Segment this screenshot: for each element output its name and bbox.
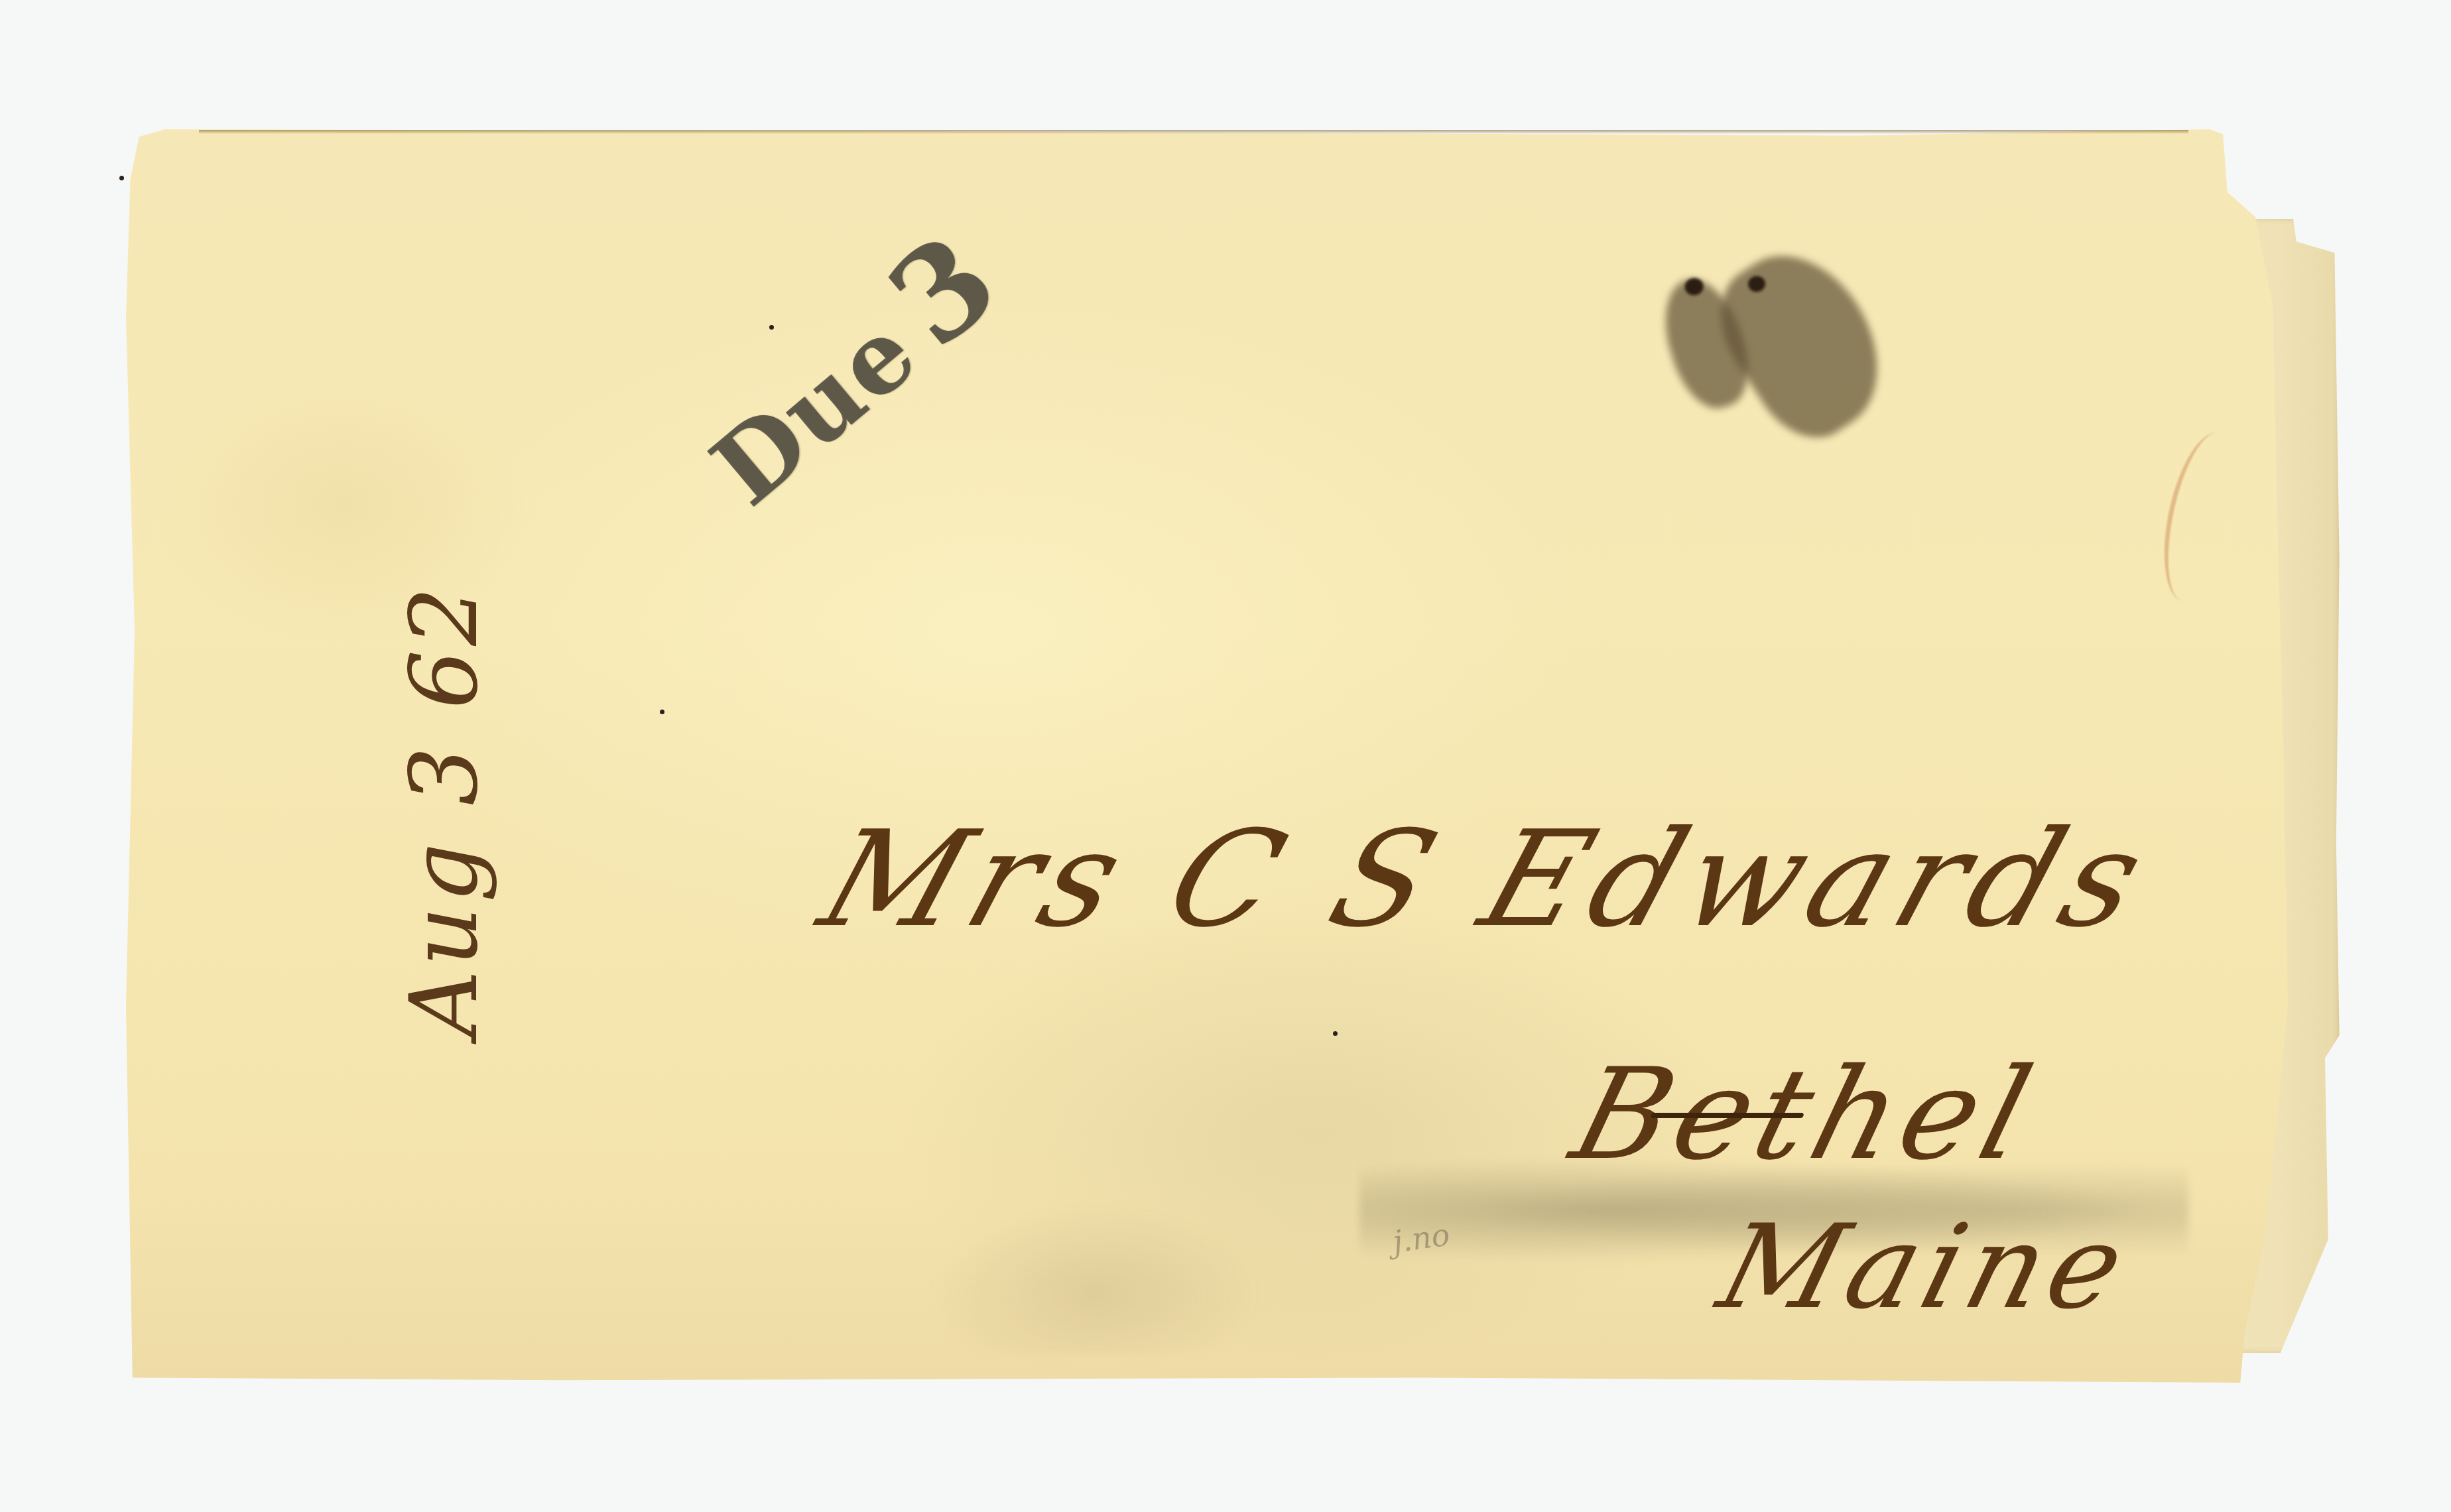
- foxing-stain: [928, 1207, 1260, 1353]
- paper-speck: [660, 710, 664, 714]
- envelope-top-edge: [199, 130, 2188, 134]
- addressee-name: Mrs C S Edwards: [804, 802, 2170, 957]
- paper-speck: [769, 325, 774, 330]
- docket-date: Aug 3 62: [391, 479, 499, 1142]
- ink-smudge-cancel: [1644, 221, 1937, 475]
- addressee-city: Bethel: [1558, 1041, 2051, 1188]
- city-text: Bethel: [1558, 1041, 2051, 1188]
- addressee-state: Maine: [1706, 1200, 2144, 1335]
- ink-strike-line: [1651, 1113, 1804, 1118]
- scan-canvas: Due3 Aug 3 62 Mrs C S Edwards Bethel Mai…: [0, 0, 2451, 1512]
- paper-speck: [1333, 1031, 1338, 1036]
- paper-speck: [119, 176, 124, 180]
